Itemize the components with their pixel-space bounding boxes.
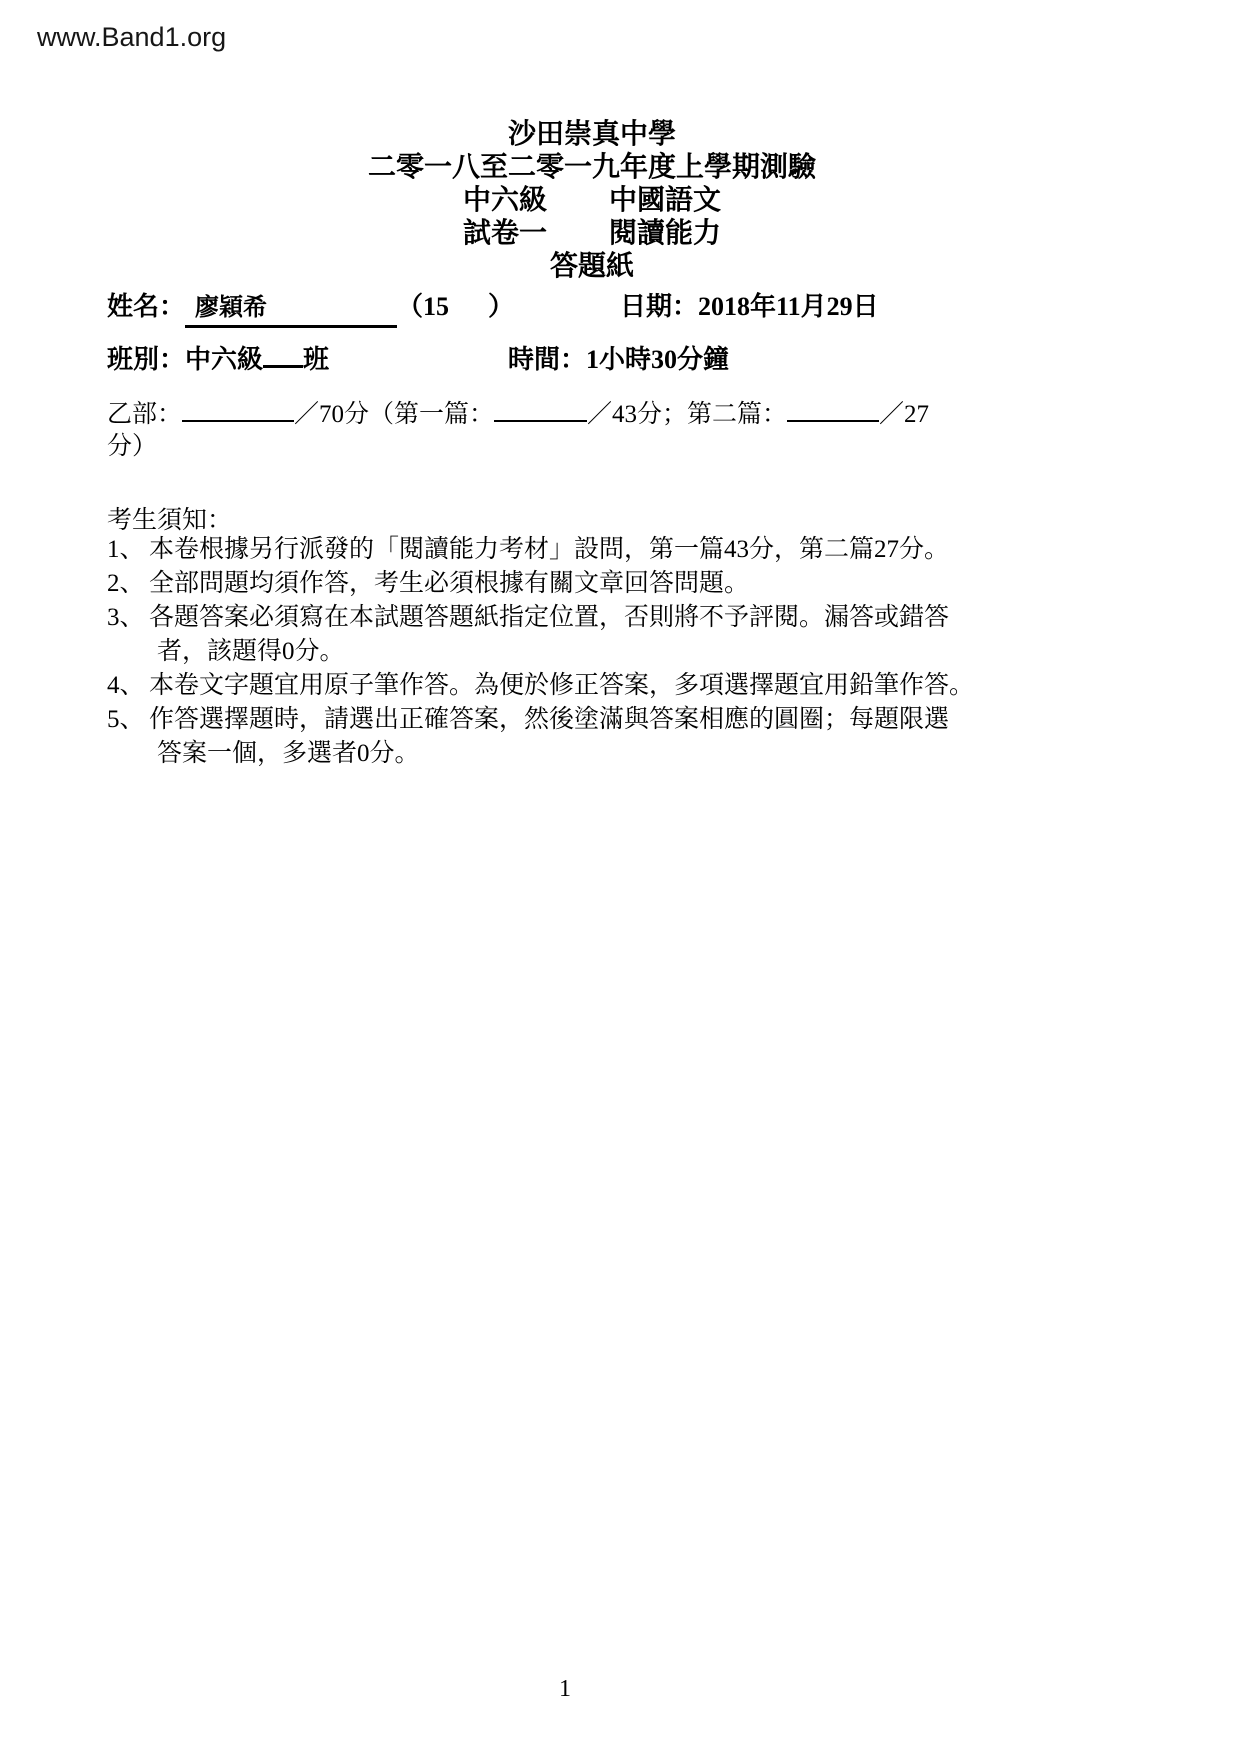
name-date-row: 姓名：廖穎希（15 ） 日期：2018年11月29日 <box>107 290 1137 328</box>
note-item-5: 5、 作答選擇題時，請選出正確答案，然後塗滿與答案相應的圓圈；每題限選 答案一個… <box>107 703 1117 771</box>
paper-label: 試卷一 <box>463 217 547 250</box>
term-title: 二零一八至二零一九年度上學期測驗 <box>107 151 1077 184</box>
sheet-title: 答題紙 <box>107 250 1077 283</box>
document-page: www.Band1.org 沙田崇真中學 二零一八至二零一九年度上學期測驗 中六… <box>0 0 1240 1754</box>
skill-label: 閱讀能力 <box>609 217 721 250</box>
paper-skill-line: 試卷一 閱讀能力 <box>107 217 1077 250</box>
grade-subject-line: 中六級 中國語文 <box>107 184 1077 217</box>
score-total-segment: ／70分（第一篇： <box>294 401 494 428</box>
score-second-segment: ／27 <box>879 401 929 428</box>
watermark-url: www.Band1.org <box>37 22 226 53</box>
class-label: 班別： <box>107 345 185 374</box>
note-item-4: 4、 本卷文字題宜用原子筆作答。為便於修正答案，多項選擇題宜用鉛筆作答。 <box>107 669 1117 703</box>
class-grade: 中六級 <box>185 345 263 374</box>
class-blank-underline <box>263 343 303 368</box>
note-item-number: 4、 <box>107 669 149 703</box>
name-label: 姓名： <box>107 292 185 321</box>
note-item-2: 2、 全部問題均須作答，考生必須根據有關文章回答問題。 <box>107 567 1117 601</box>
note-item-text-block: 各題答案必須寫在本試題答題紙指定位置，否則將不予評閱。漏答或錯答 者，該題得0分… <box>149 601 1117 669</box>
note-item-text: 本卷文字題宜用原子筆作答。為便於修正答案，多項選擇題宜用鉛筆作答。 <box>149 669 1117 703</box>
school-name: 沙田崇真中學 <box>107 118 1077 151</box>
name-underline-field: 廖穎希 <box>185 290 397 328</box>
note-item-text-block: 本卷根據另行派發的「閱讀能力考材」設問，第一篇43分，第二篇27分。 <box>149 533 1117 567</box>
date-label: 日期： <box>620 292 698 321</box>
score-row: 乙部：／70分（第一篇：／43分；第二篇：／27 <box>107 398 1137 432</box>
note-item-text: 全部問題均須作答，考生必須根據有關文章回答問題。 <box>149 567 1117 601</box>
notes-heading: 考生須知： <box>107 500 232 536</box>
class-time-row: 班別：中六級班 時間：1小時30分鐘 <box>107 343 1137 377</box>
note-item-text: 作答選擇題時，請選出正確答案，然後塗滿與答案相應的圓圈；每題限選 <box>149 703 1117 737</box>
note-item-text-block: 作答選擇題時，請選出正確答案，然後塗滿與答案相應的圓圈；每題限選 答案一個，多選… <box>149 703 1117 771</box>
date-field: 日期：2018年11月29日 <box>620 290 879 324</box>
notes-list: 1、 本卷根據另行派發的「閱讀能力考材」設問，第一篇43分，第二篇27分。 2、… <box>107 533 1117 771</box>
score-wrap-segment: 分） <box>107 433 157 460</box>
note-item-number: 5、 <box>107 703 149 771</box>
note-item-number: 1、 <box>107 533 149 567</box>
score-first-segment: ／43分；第二篇： <box>587 401 787 428</box>
note-item-text-cont: 者，該題得0分。 <box>157 635 1117 669</box>
score-blank-second <box>787 398 879 422</box>
class-number: （15 ） <box>397 292 514 321</box>
score-row-wrap: 分） <box>107 430 1137 464</box>
subject-label: 中國語文 <box>609 184 721 217</box>
class-suffix: 班 <box>303 345 329 374</box>
time-field: 時間：1小時30分鐘 <box>508 343 729 377</box>
date-value: 2018年11月29日 <box>698 292 879 321</box>
note-item-text: 本卷根據另行派發的「閱讀能力考材」設問，第一篇43分，第二篇27分。 <box>149 533 1117 567</box>
note-item-text-cont: 答案一個，多選者0分。 <box>157 737 1117 771</box>
note-item-number: 3、 <box>107 601 149 669</box>
score-blank-first <box>494 398 587 422</box>
note-item-text: 各題答案必須寫在本試題答題紙指定位置，否則將不予評閱。漏答或錯答 <box>149 601 1117 635</box>
page-number: 1 <box>0 1676 1130 1703</box>
note-item-text-block: 全部問題均須作答，考生必須根據有關文章回答問題。 <box>149 567 1117 601</box>
time-value: 1小時30分鐘 <box>586 345 729 374</box>
time-label: 時間： <box>508 345 586 374</box>
note-item-3: 3、 各題答案必須寫在本試題答題紙指定位置，否則將不予評閱。漏答或錯答 者，該題… <box>107 601 1117 669</box>
student-name: 廖穎希 <box>195 295 267 321</box>
note-item-1: 1、 本卷根據另行派發的「閱讀能力考材」設問，第一篇43分，第二篇27分。 <box>107 533 1117 567</box>
score-blank-total <box>182 398 294 422</box>
grade-label: 中六級 <box>463 184 547 217</box>
header-title-block: 沙田崇真中學 二零一八至二零一九年度上學期測驗 中六級 中國語文 試卷一 閱讀能… <box>107 118 1077 283</box>
note-item-number: 2、 <box>107 567 149 601</box>
part-b-label: 乙部： <box>107 401 182 428</box>
note-item-text-block: 本卷文字題宜用原子筆作答。為便於修正答案，多項選擇題宜用鉛筆作答。 <box>149 669 1117 703</box>
